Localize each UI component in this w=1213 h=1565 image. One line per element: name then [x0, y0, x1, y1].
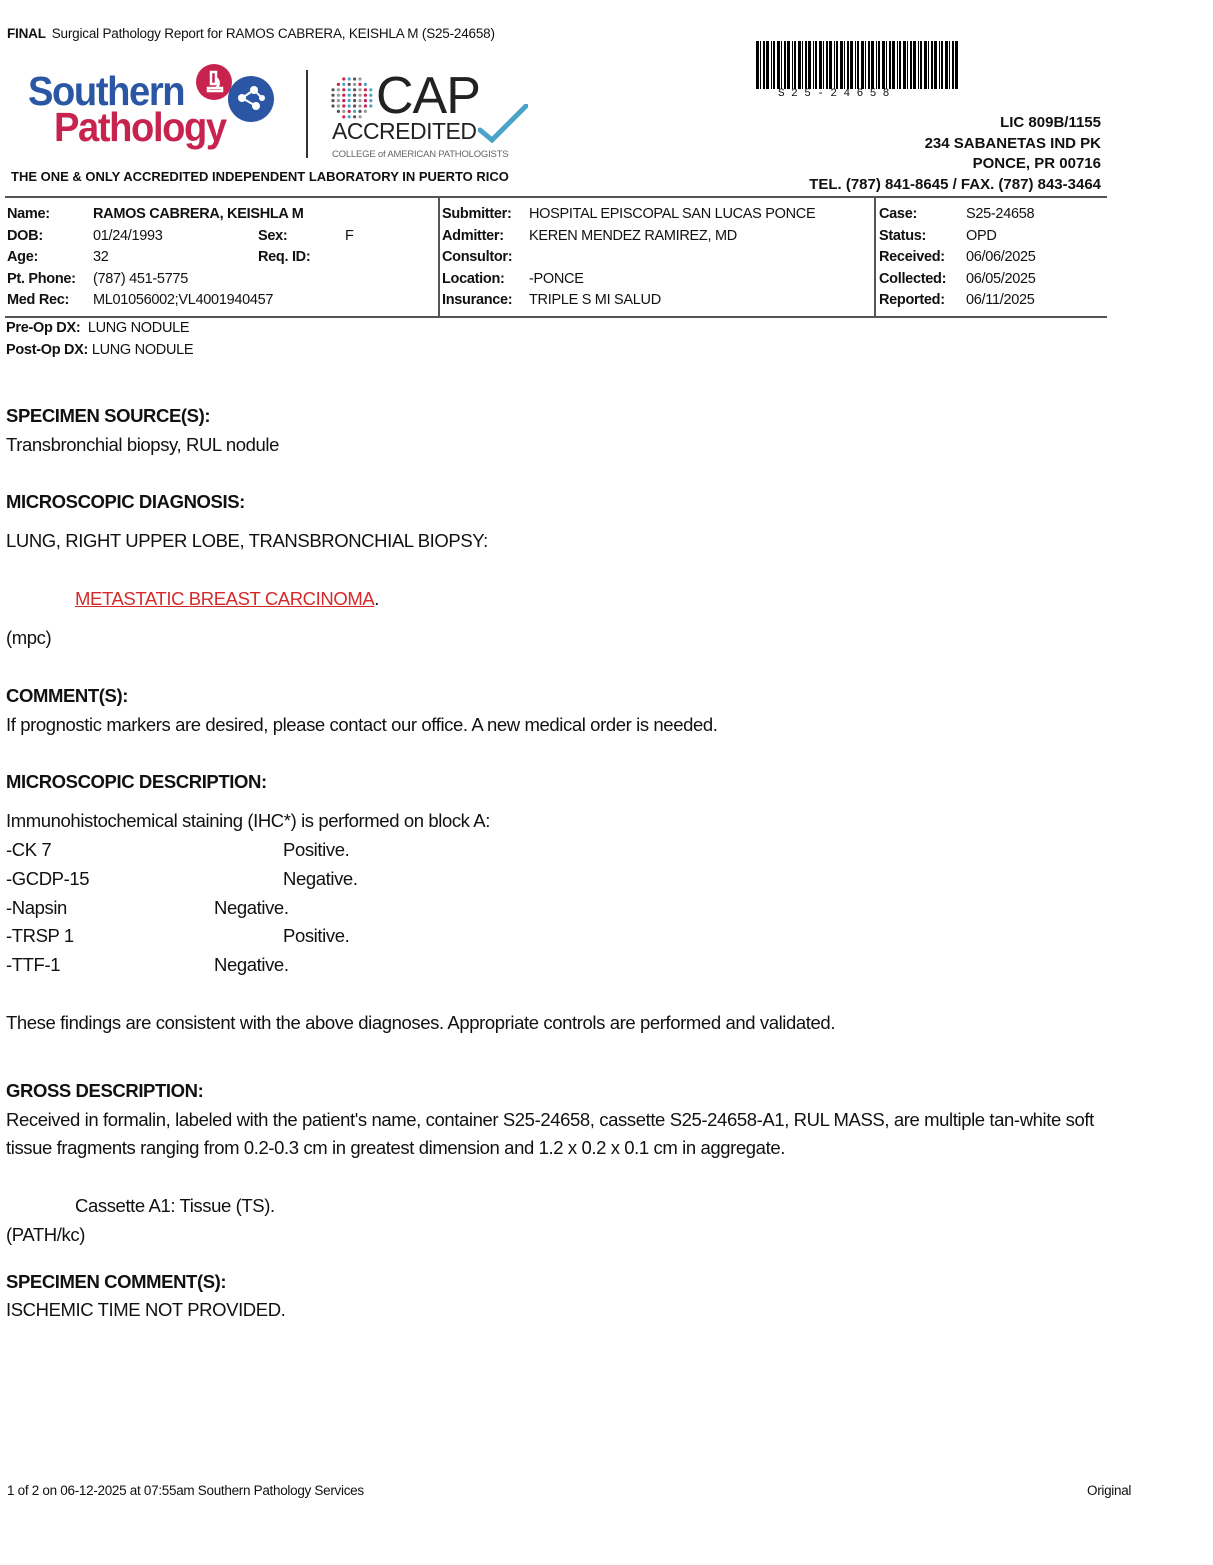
lab-city: PONCE, PR 00716 [809, 154, 1101, 175]
diagnosis-site: LUNG, RIGHT UPPER LOBE, TRANSBRONCHIAL B… [6, 530, 488, 552]
report-title: FINALSurgical Pathology Report for RAMOS… [7, 26, 495, 41]
case-values: S25-24658 OPD 06/06/2025 06/05/2025 06/1… [966, 204, 1036, 312]
case-status: OPD [966, 226, 1036, 248]
patient-name: RAMOS CABRERA, KEISHLA M [93, 204, 304, 226]
patient-values-2: F [345, 226, 354, 248]
specimen-source: Transbronchial biopsy, RUL nodule [6, 434, 279, 456]
consultor-name [529, 247, 815, 269]
cap-dots-icon [330, 76, 374, 120]
checkmark-icon [478, 104, 528, 144]
reported-date: 06/11/2025 [966, 290, 1036, 312]
southern-pathology-logo: Southern Pathology [28, 62, 278, 154]
barcode [756, 41, 960, 91]
ihc-result: Negative. [283, 868, 358, 890]
preop-dx: Pre-Op DX: LUNG NODULE [6, 320, 189, 336]
patient-labels-2: Sex: Req. ID: [258, 226, 310, 269]
microscope-icon [196, 64, 232, 100]
ihc-marker: -TTF-1 [6, 954, 60, 976]
insurance-value: TRIPLE S MI SALUD [529, 290, 815, 312]
molecule-icon [228, 76, 274, 122]
logo-divider [306, 70, 308, 158]
barcode-number: S25-24658 [778, 88, 896, 100]
logo-word-pathology: Pathology [54, 104, 226, 151]
diagnosis-result: METASTATIC BREAST CARCINOMA. [75, 588, 379, 610]
diagnosis-initials: (mpc) [6, 627, 51, 649]
gross-initials: (PATH/kc) [6, 1224, 85, 1246]
gross-description-heading: GROSS DESCRIPTION: [6, 1080, 203, 1102]
cap-accredited-logo: CAP ACCREDITED COLLEGE of AMERICAN PATHO… [330, 72, 530, 164]
submitter-values: HOSPITAL EPISCOPAL SAN LUCAS PONCE KEREN… [529, 204, 815, 312]
submitter-labels: Submitter: Admitter: Consultor: Location… [442, 204, 512, 312]
findings-conclusion: These findings are consistent with the a… [6, 1012, 835, 1034]
postop-dx: Post-Op DX: LUNG NODULE [6, 342, 193, 358]
specimen-source-heading: SPECIMEN SOURCE(S): [6, 405, 210, 427]
footer-page-info: 1 of 2 on 06-12-2025 at 07:55am Southern… [7, 1483, 364, 1498]
collected-date: 06/05/2025 [966, 269, 1036, 291]
gross-line-2: tissue fragments ranging from 0.2-0.3 cm… [6, 1137, 785, 1159]
ihc-marker: -CK 7 [6, 839, 51, 861]
diagnosis-text: METASTATIC BREAST CARCINOMA [75, 588, 374, 609]
case-number: S25-24658 [966, 204, 1036, 226]
microscopic-diagnosis-heading: MICROSCOPIC DIAGNOSIS: [6, 491, 245, 513]
ihc-marker: -Napsin [6, 897, 67, 919]
gross-line-1: Received in formalin, labeled with the p… [6, 1109, 1094, 1131]
lab-street: 234 SABANETAS IND PK [809, 134, 1101, 155]
ihc-result: Negative. [214, 897, 289, 919]
patient-sex: F [345, 226, 354, 248]
ihc-marker: -GCDP-15 [6, 868, 89, 890]
submitter-name: HOSPITAL EPISCOPAL SAN LUCAS PONCE [529, 204, 815, 226]
lab-phone: TEL. (787) 841-8645 / FAX. (787) 843-346… [809, 175, 1101, 196]
cassette-info: Cassette A1: Tissue (TS). [75, 1195, 275, 1217]
patient-phone: (787) 451-5775 [93, 269, 304, 291]
ihc-result: Positive. [283, 839, 349, 861]
received-date: 06/06/2025 [966, 247, 1036, 269]
ihc-result: Positive. [283, 925, 349, 947]
case-labels: Case: Status: Received: Collected: Repor… [879, 204, 946, 312]
location-value: -PONCE [529, 269, 815, 291]
lab-license: LIC 809B/1155 [809, 113, 1101, 134]
comments-heading: COMMENT(S): [6, 685, 128, 707]
specimen-comment-heading: SPECIMEN COMMENT(S): [6, 1271, 226, 1293]
specimen-comment: ISCHEMIC TIME NOT PROVIDED. [6, 1299, 285, 1321]
tagline: THE ONE & ONLY ACCREDITED INDEPENDENT LA… [11, 169, 509, 184]
microscopic-description-heading: MICROSCOPIC DESCRIPTION: [6, 771, 267, 793]
cap-accredited-text: ACCREDITED [332, 118, 477, 145]
patient-labels: Name: DOB: Age: Pt. Phone: Med Rec: [7, 204, 76, 312]
ihc-result: Negative. [214, 954, 289, 976]
ihc-intro: Immunohistochemical staining (IHC*) is p… [6, 810, 490, 832]
admitter-name: KEREN MENDEZ RAMIREZ, MD [529, 226, 815, 248]
patient-medrec: ML01056002;VL4001940457 [93, 290, 304, 312]
comments-text: If prognostic markers are desired, pleas… [6, 714, 717, 736]
lab-address: LIC 809B/1155 234 SABANETAS IND PK PONCE… [809, 113, 1101, 195]
footer-copy-type: Original [1087, 1483, 1131, 1498]
cap-college-text: COLLEGE of AMERICAN PATHOLOGISTS [332, 149, 508, 160]
cap-text: CAP [376, 66, 480, 126]
ihc-marker: -TRSP 1 [6, 925, 74, 947]
report-title-text: Surgical Pathology Report for RAMOS CABR… [52, 26, 495, 41]
info-column-divider [874, 196, 876, 316]
report-status: FINAL [7, 26, 46, 41]
info-column-divider [438, 196, 440, 316]
